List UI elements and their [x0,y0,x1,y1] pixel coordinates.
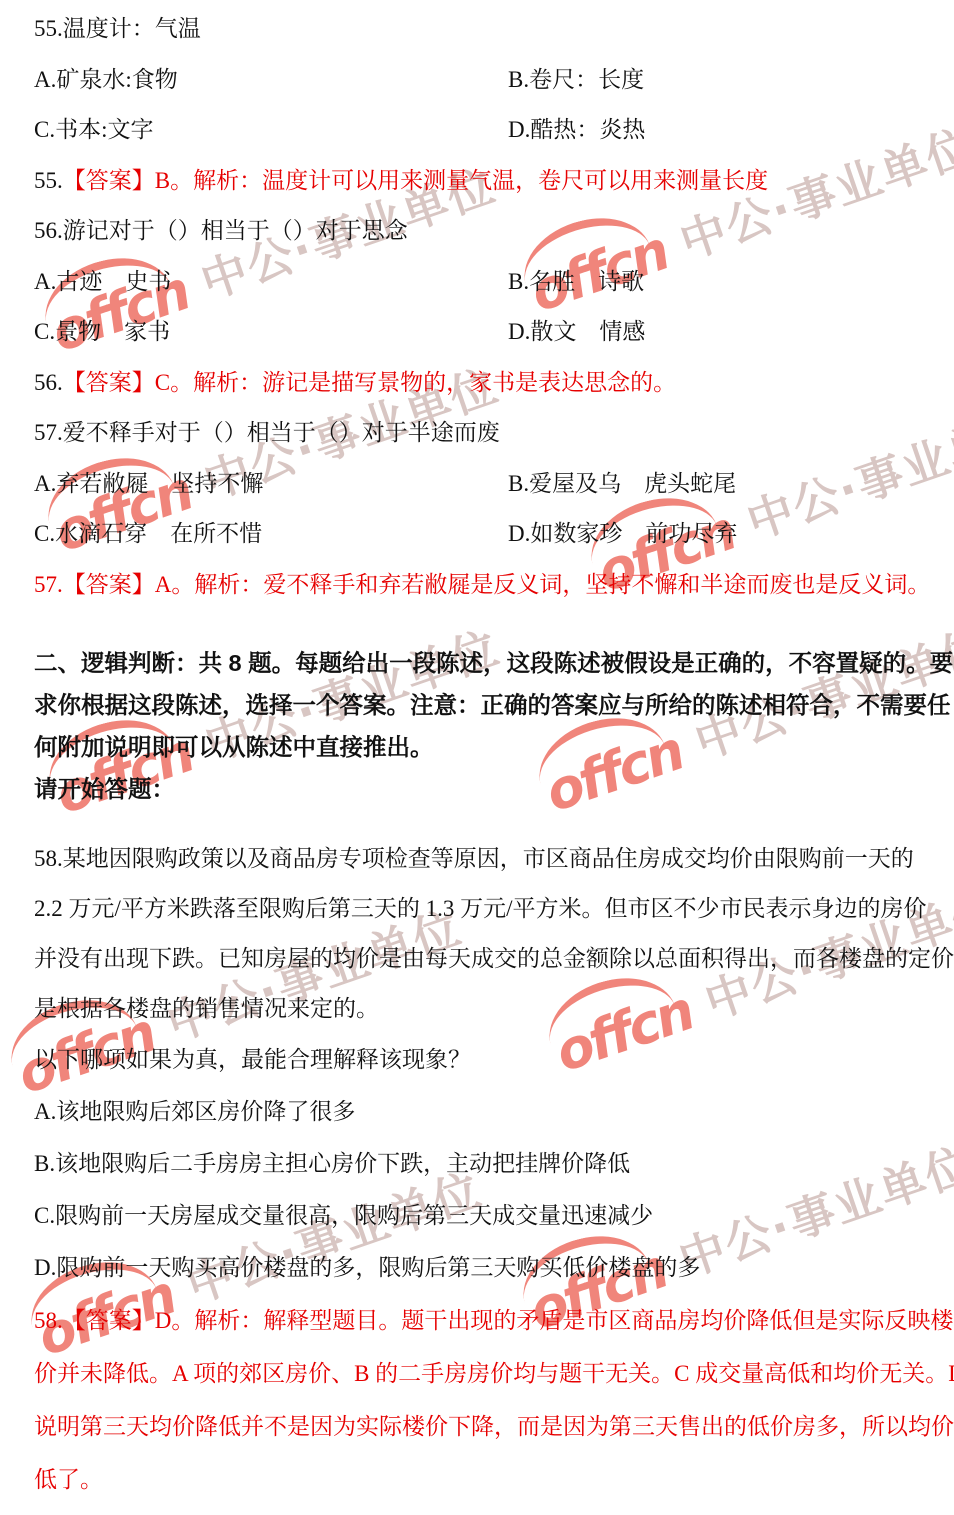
q56-option-row-2: C.景物 家书 D.散文 情感 [34,307,920,358]
q55-answer-text: 【答案】B。解析：温度计可以用来测量气温，卷尺可以用来测量长度 [63,168,768,193]
q58-answer-line-1: 58.【答案】D。解析：解释型题目。题干出现的矛盾是市区商品房均价降低但是实际反… [34,1294,920,1347]
document-content: 55.温度计：气温 A.矿泉水:食物 B.卷尺：长度 C.书本:文字 D.酷热：… [0,0,954,1515]
exam-document-page: offcn中公·事业单位offcn中公·事业单位offcn中公·事业单位offc… [0,0,954,1515]
q56-answer-number: 56. [34,370,63,395]
q58-answer-line-2: 价并未降低。A 项的郊区房价、B 的二手房房价均与题干无关。C 成交量高低和均价… [34,1347,920,1400]
q55-option-row-1: A.矿泉水:食物 B.卷尺：长度 [34,55,920,106]
q58-answer-line-4: 低了。 [34,1453,920,1506]
q56-option-b: B.名胜 诗歌 [508,257,644,308]
analogy-section: 55.温度计：气温 A.矿泉水:食物 B.卷尺：长度 C.书本:文字 D.酷热：… [34,4,920,610]
q57-option-row-2: C.水滴石穿 在所不惜 D.如数家珍 前功尽弃 [34,509,920,560]
q57-answer-number: 57. [34,572,63,597]
q58-stem-line-3: 并没有出现下跌。已知房屋的均价是由每天成交的总金额除以总面积得出，而各楼盘的定价 [34,934,920,984]
section-header-line-3: 何附加说明即可以从陈述中直接推出。 [34,726,920,768]
q56-answer-line: 56.【答案】C。解析：游记是描写景物的，家书是表达思念的。 [34,358,920,409]
q58-stem-line-2: 2.2 万元/平方米跌落至限购后第三天的 1.3 万元/平方米。但市区不少市民表… [34,884,920,934]
q55-answer-number: 55. [34,168,63,193]
q58-stem: 58.某地因限购政策以及商品房专项检查等原因，市区商品住房成交均价由限购前一天的… [34,834,920,1034]
q57-option-b: B.爱屋及乌 虎头蛇尾 [508,459,736,510]
q57-answer-line: 57.【答案】A。解析：爱不释手和弃若敝屣是反义词，坚持不懈和半途而废也是反义词… [34,560,920,611]
q58-option-a: A.该地限购后郊区房价降了很多 [34,1086,920,1138]
q58-option-b: B.该地限购后二手房房主担心房价下跌，主动把挂牌价降低 [34,1138,920,1190]
section-header-line-1: 二、逻辑判断：共 8 题。每题给出一段陈述，这段陈述被假设是正确的，不容置疑的。… [34,642,920,684]
q58-options-block: 以下哪项如果为真，最能合理解释该现象？ A.该地限购后郊区房价降了很多 B.该地… [34,1034,920,1294]
q58-stem-line-4: 是根据各楼盘的销售情况来定的。 [34,984,920,1034]
q58-answer-block: 58.【答案】D。解析：解释型题目。题干出现的矛盾是市区商品房均价降低但是实际反… [34,1294,920,1506]
q58-stem-line-1: 58.某地因限购政策以及商品房专项检查等原因，市区商品住房成交均价由限购前一天的 [34,834,920,884]
q57-option-d: D.如数家珍 前功尽弃 [508,509,737,560]
q58-option-c: C.限购前一天房屋成交量很高，限购后第三天成交量迅速减少 [34,1190,920,1242]
q56-stem: 56.游记对于（）相当于（）对于思念 [34,206,920,257]
q57-option-row-1: A.弃若敝屣 坚持不懈 B.爱屋及乌 虎头蛇尾 [34,459,920,510]
q56-option-c: C.景物 家书 [34,319,170,344]
q56-option-d: D.散文 情感 [508,307,645,358]
q56-option-a: A.古迹 史书 [34,269,171,294]
q55-option-b: B.卷尺：长度 [508,55,644,106]
logic-section-header: 二、逻辑判断：共 8 题。每题给出一段陈述，这段陈述被假设是正确的，不容置疑的。… [34,642,920,810]
q55-option-d: D.酷热：炎热 [508,105,645,156]
q55-option-c: C.书本:文字 [34,117,153,142]
q55-stem: 55.温度计：气温 [34,4,920,55]
section-header-line-4: 请开始答题： [34,768,920,810]
q57-answer-text: 【答案】A。解析：爱不释手和弃若敝屣是反义词，坚持不懈和半途而废也是反义词。 [63,572,931,597]
q58-answer-text-1: 【答案】D。解析：解释型题目。题干出现的矛盾是市区商品房均价降低但是实际反映楼 [63,1308,954,1333]
q56-option-row-1: A.古迹 史书 B.名胜 诗歌 [34,257,920,308]
q58-option-d: D.限购前一天购买高价楼盘的多，限购后第三天购买低价楼盘的多 [34,1242,920,1294]
q58-prompt: 以下哪项如果为真，最能合理解释该现象？ [34,1034,920,1086]
q57-option-c: C.水滴石穿 在所不惜 [34,521,262,546]
q56-answer-text: 【答案】C。解析：游记是描写景物的，家书是表达思念的。 [63,370,676,395]
q57-stem: 57.爱不释手对于（）相当于（）对于半途而废 [34,408,920,459]
q55-option-row-2: C.书本:文字 D.酷热：炎热 [34,105,920,156]
q55-answer-line: 55.【答案】B。解析：温度计可以用来测量气温，卷尺可以用来测量长度 [34,156,920,207]
section-header-line-2: 求你根据这段陈述，选择一个答案。注意：正确的答案应与所给的陈述相符合，不需要任 [34,684,920,726]
q57-option-a: A.弃若敝屣 坚持不懈 [34,471,263,496]
q55-option-a: A.矿泉水:食物 [34,67,178,92]
q58-answer-number: 58. [34,1308,63,1333]
q58-answer-line-3: 说明第三天均价降低并不是因为实际楼价下降，而是因为第三天售出的低价房多，所以均价 [34,1400,920,1453]
